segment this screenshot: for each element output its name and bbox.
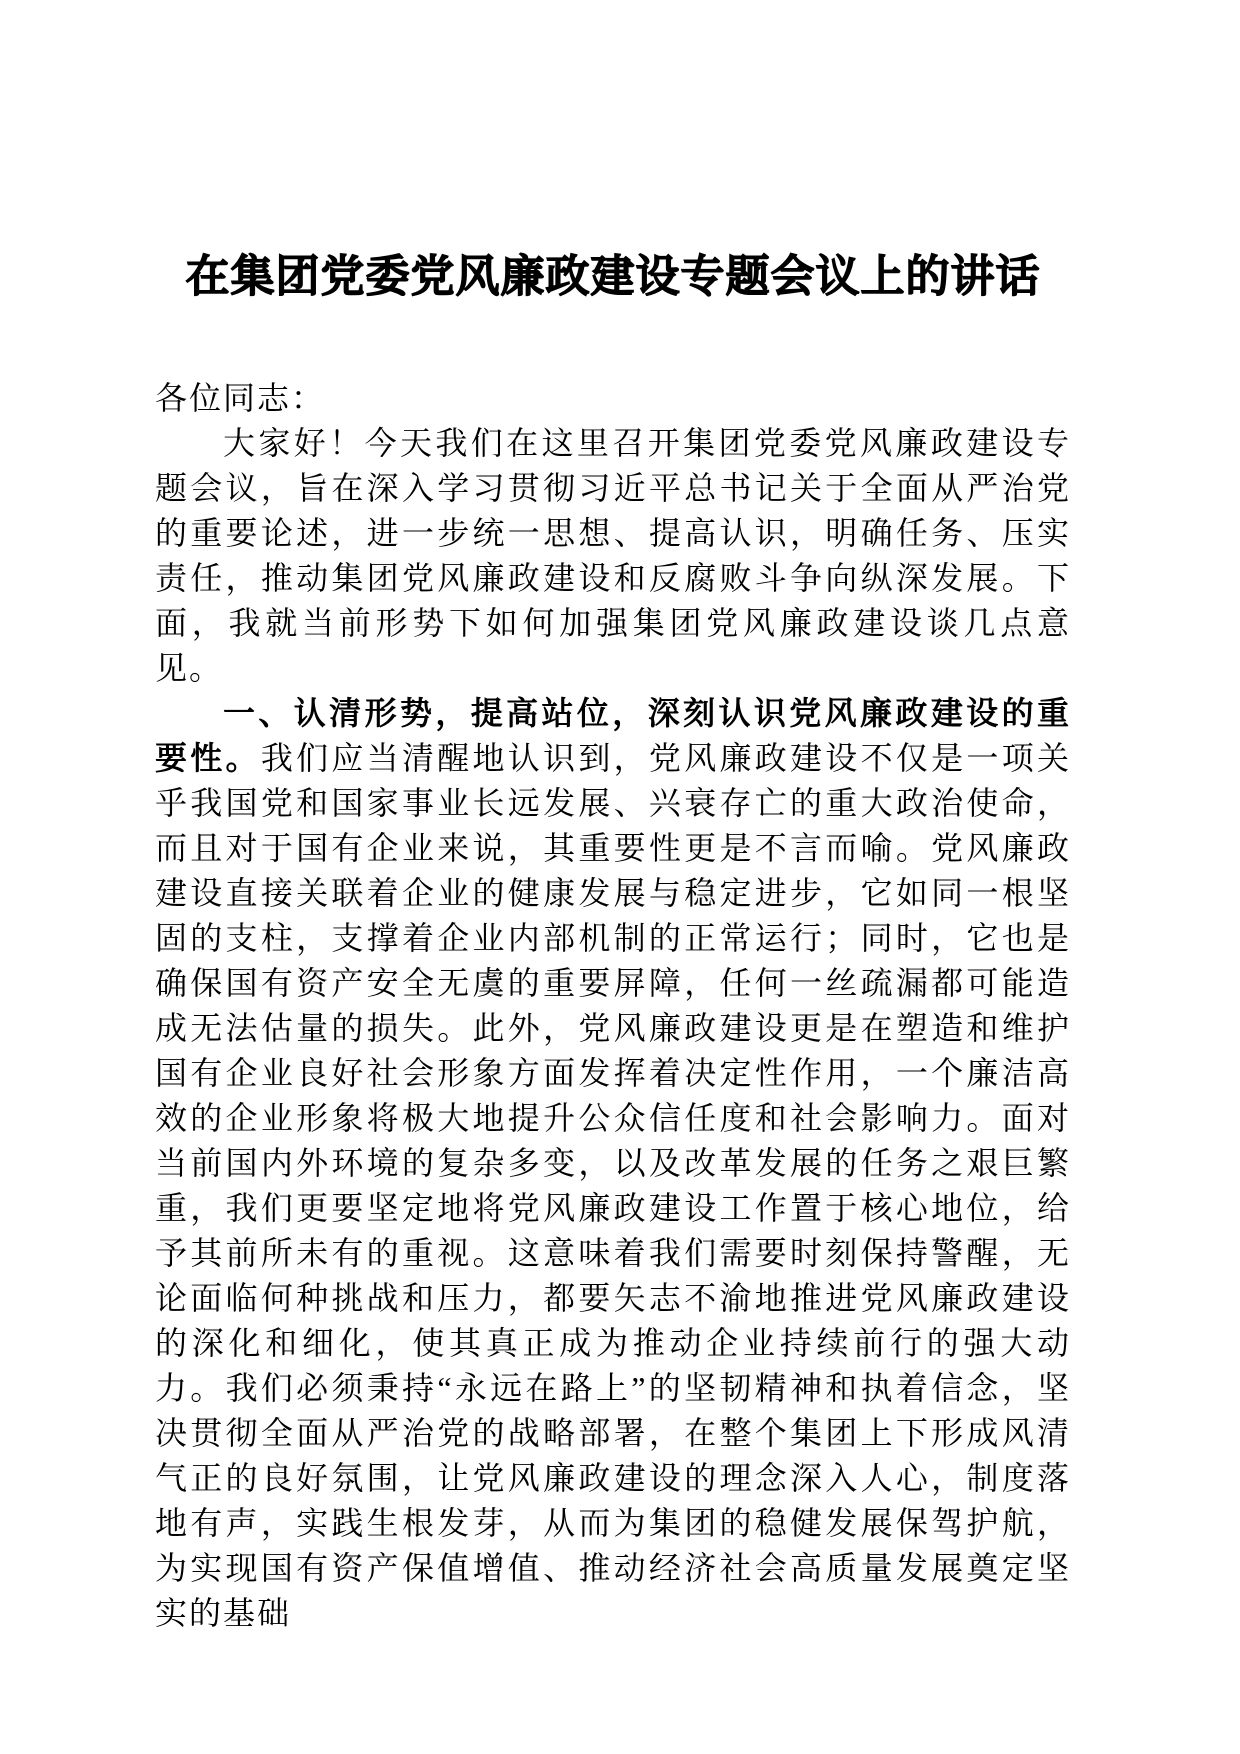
document-page: 在集团党委党风廉政建设专题会议上的讲话 各位同志： 大家好！今天我们在这里召开集…	[0, 0, 1240, 1754]
salutation: 各位同志：	[155, 376, 1071, 421]
paragraph-text: 我们应当清醒地认识到，党风廉政建设不仅是一项关乎我国党和国家事业长远发展、兴衰存…	[155, 740, 1071, 1631]
document-title: 在集团党委党风廉政建设专题会议上的讲话	[155, 248, 1071, 306]
paragraph: 大家好！今天我们在这里召开集团党委党风廉政建设专题会议，旨在深入学习贯彻习近平总…	[155, 421, 1071, 691]
document-content: 在集团党委党风廉政建设专题会议上的讲话 各位同志： 大家好！今天我们在这里召开集…	[155, 248, 1071, 1636]
paragraph: 一、认清形势，提高站位，深刻认识党风廉政建设的重要性。我们应当清醒地认识到，党风…	[155, 691, 1071, 1636]
